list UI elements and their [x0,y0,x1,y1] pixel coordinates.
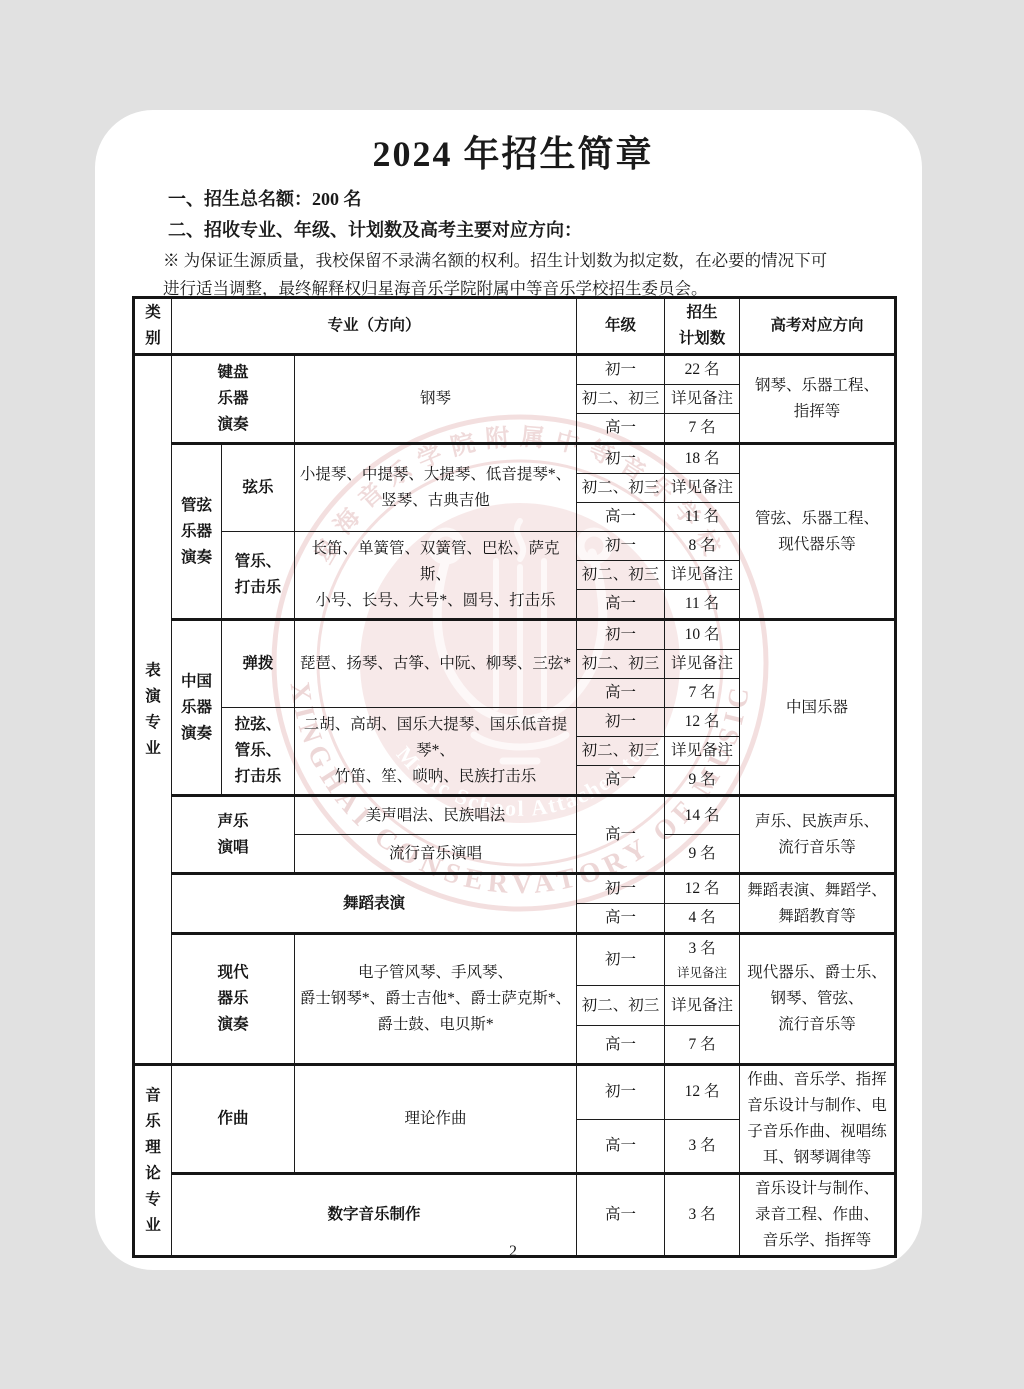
direction-modern: 现代器乐、爵士乐、 钢琴、管弦、 流行音乐等 [740,934,896,1065]
majors-modern: 电子管风琴、手风琴、 爵士钢琴*、爵士吉他*、爵士萨克斯*、 爵士鼓、电贝斯* [295,934,577,1065]
quota-cell: 7 名 [665,679,740,708]
subgroup-plucked: 弹拨 [222,620,295,708]
grade-cell: 初一 [577,1065,665,1120]
category-performance: 表 演 专 业 [134,355,172,1065]
grade-cell: 高一 [577,1026,665,1065]
header-category: 类 别 [134,298,172,355]
grade-cell: 高一 [577,796,665,874]
direction-chinese: 中国乐器 [740,620,896,796]
quota-cell: 12 名 [665,1065,740,1120]
grade-cell: 初二、初三 [577,385,665,414]
quota-cell: 9 名 [665,766,740,796]
note-paragraph: ※ 为保证生源质量，我校保留不录满名额的权利。招生计划数为拟定数，在必要的情况下… [163,247,873,303]
quota-cell: 3 名 详见备注 [665,934,740,986]
grade-cell: 初一 [577,874,665,904]
category-theory: 音 乐 理 论 专 业 [134,1065,172,1257]
quota-cell: 详见备注 [665,561,740,590]
grade-cell: 高一 [577,904,665,934]
quota-cell: 7 名 [665,414,740,444]
subgroup-strings: 弦乐 [222,444,295,532]
total-quota-heading: 一、招生总名额：200 名 [168,186,362,212]
grade-cell: 高一 [577,766,665,796]
grade-cell: 初二、初三 [577,650,665,679]
header-major: 专业（方向） [172,298,577,355]
grade-cell: 高一 [577,414,665,444]
grade-cell: 高一 [577,590,665,620]
quota-cell: 8 名 [665,532,740,561]
note-line-1: ※ 为保证生源质量，我校保留不录满名额的权利。招生计划数为拟定数，在必要的情况下… [163,247,873,275]
group-modern: 现代 器乐 演奏 [172,934,295,1065]
grade-cell: 初二、初三 [577,474,665,503]
document-page: 星海音乐学院附属中等音乐学校 XINGHAI CONSERVATORY OF M… [95,110,922,1270]
group-chinese: 中国 乐器 演奏 [172,620,222,796]
group-composition: 作曲 [172,1065,295,1174]
header-grade: 年级 [577,298,665,355]
grade-cell: 初二、初三 [577,561,665,590]
quota-cell: 详见备注 [665,385,740,414]
majors-vocal-pop: 流行音乐演唱 [295,835,577,874]
quota-cell: 11 名 [665,503,740,532]
grade-cell: 初一 [577,620,665,650]
grade-cell: 初一 [577,934,665,986]
grade-cell: 初一 [577,532,665,561]
page-title: 2024 年招生简章 [132,132,894,176]
quota-cell: 详见备注 [665,474,740,503]
grade-cell: 初一 [577,708,665,737]
group-orchestral: 管弦 乐器 演奏 [172,444,222,620]
majors-bowed: 二胡、高胡、国乐大提琴、国乐低音提琴*、 竹笛、笙、唢呐、民族打击乐 [295,708,577,796]
grade-cell: 初二、初三 [577,737,665,766]
quota-note: 详见备注 [668,962,736,984]
grade-cell: 初一 [577,444,665,474]
grade-cell: 高一 [577,679,665,708]
major-dance: 舞蹈表演 [172,874,577,934]
direction-dance: 舞蹈表演、舞蹈学、 舞蹈教育等 [740,874,896,934]
page-number: 2 [132,1243,894,1261]
quota-cell: 12 名 [665,708,740,737]
majors-composition: 理论作曲 [295,1065,577,1174]
majors-keyboard: 钢琴 [295,355,577,444]
subgroup-winds: 管乐、 打击乐 [222,532,295,620]
majors-plucked: 琵琶、扬琴、古筝、中阮、柳琴、三弦* [295,620,577,708]
quota-cell: 22 名 [665,355,740,385]
quota-cell: 18 名 [665,444,740,474]
quota-cell: 4 名 [665,904,740,934]
direction-vocal: 声乐、民族声乐、 流行音乐等 [740,796,896,874]
quota-cell: 10 名 [665,620,740,650]
majors-vocal-classical: 美声唱法、民族唱法 [295,796,577,835]
quota-cell: 9 名 [665,835,740,874]
majors-strings: 小提琴、中提琴、大提琴、低音提琴*、 竖琴、古典吉他 [295,444,577,532]
quota-cell: 11 名 [665,590,740,620]
quota-cell: 详见备注 [665,650,740,679]
admissions-plan-table: 类 别 专业（方向） 年级 招生 计划数 高考对应方向 表 演 专 业 键盘 乐… [132,296,897,1258]
grade-cell: 初二、初三 [577,986,665,1026]
subgroup-bowed: 拉弦、 管乐、 打击乐 [222,708,295,796]
quota-value: 3 名 [668,936,736,962]
header-direction: 高考对应方向 [740,298,896,355]
direction-composition: 作曲、音乐学、指挥 音乐设计与制作、电 子音乐作曲、视唱练 耳、钢琴调律等 [740,1065,896,1174]
majors-heading: 二、招收专业、年级、计划数及高考主要对应方向： [168,217,582,243]
quota-cell: 3 名 [665,1119,740,1174]
direction-orchestral: 管弦、乐器工程、 现代器乐等 [740,444,896,620]
direction-keyboard: 钢琴、乐器工程、 指挥等 [740,355,896,444]
quota-cell: 7 名 [665,1026,740,1065]
group-keyboard: 键盘 乐器 演奏 [172,355,295,444]
quota-cell: 详见备注 [665,986,740,1026]
grade-cell: 高一 [577,503,665,532]
grade-cell: 初一 [577,355,665,385]
quota-cell: 12 名 [665,874,740,904]
header-plan: 招生 计划数 [665,298,740,355]
grade-cell: 高一 [577,1119,665,1174]
quota-cell: 详见备注 [665,737,740,766]
group-vocal: 声乐 演唱 [172,796,295,874]
quota-cell: 14 名 [665,796,740,835]
majors-winds: 长笛、单簧管、双簧管、巴松、萨克斯、 小号、长号、大号*、圆号、打击乐 [295,532,577,620]
